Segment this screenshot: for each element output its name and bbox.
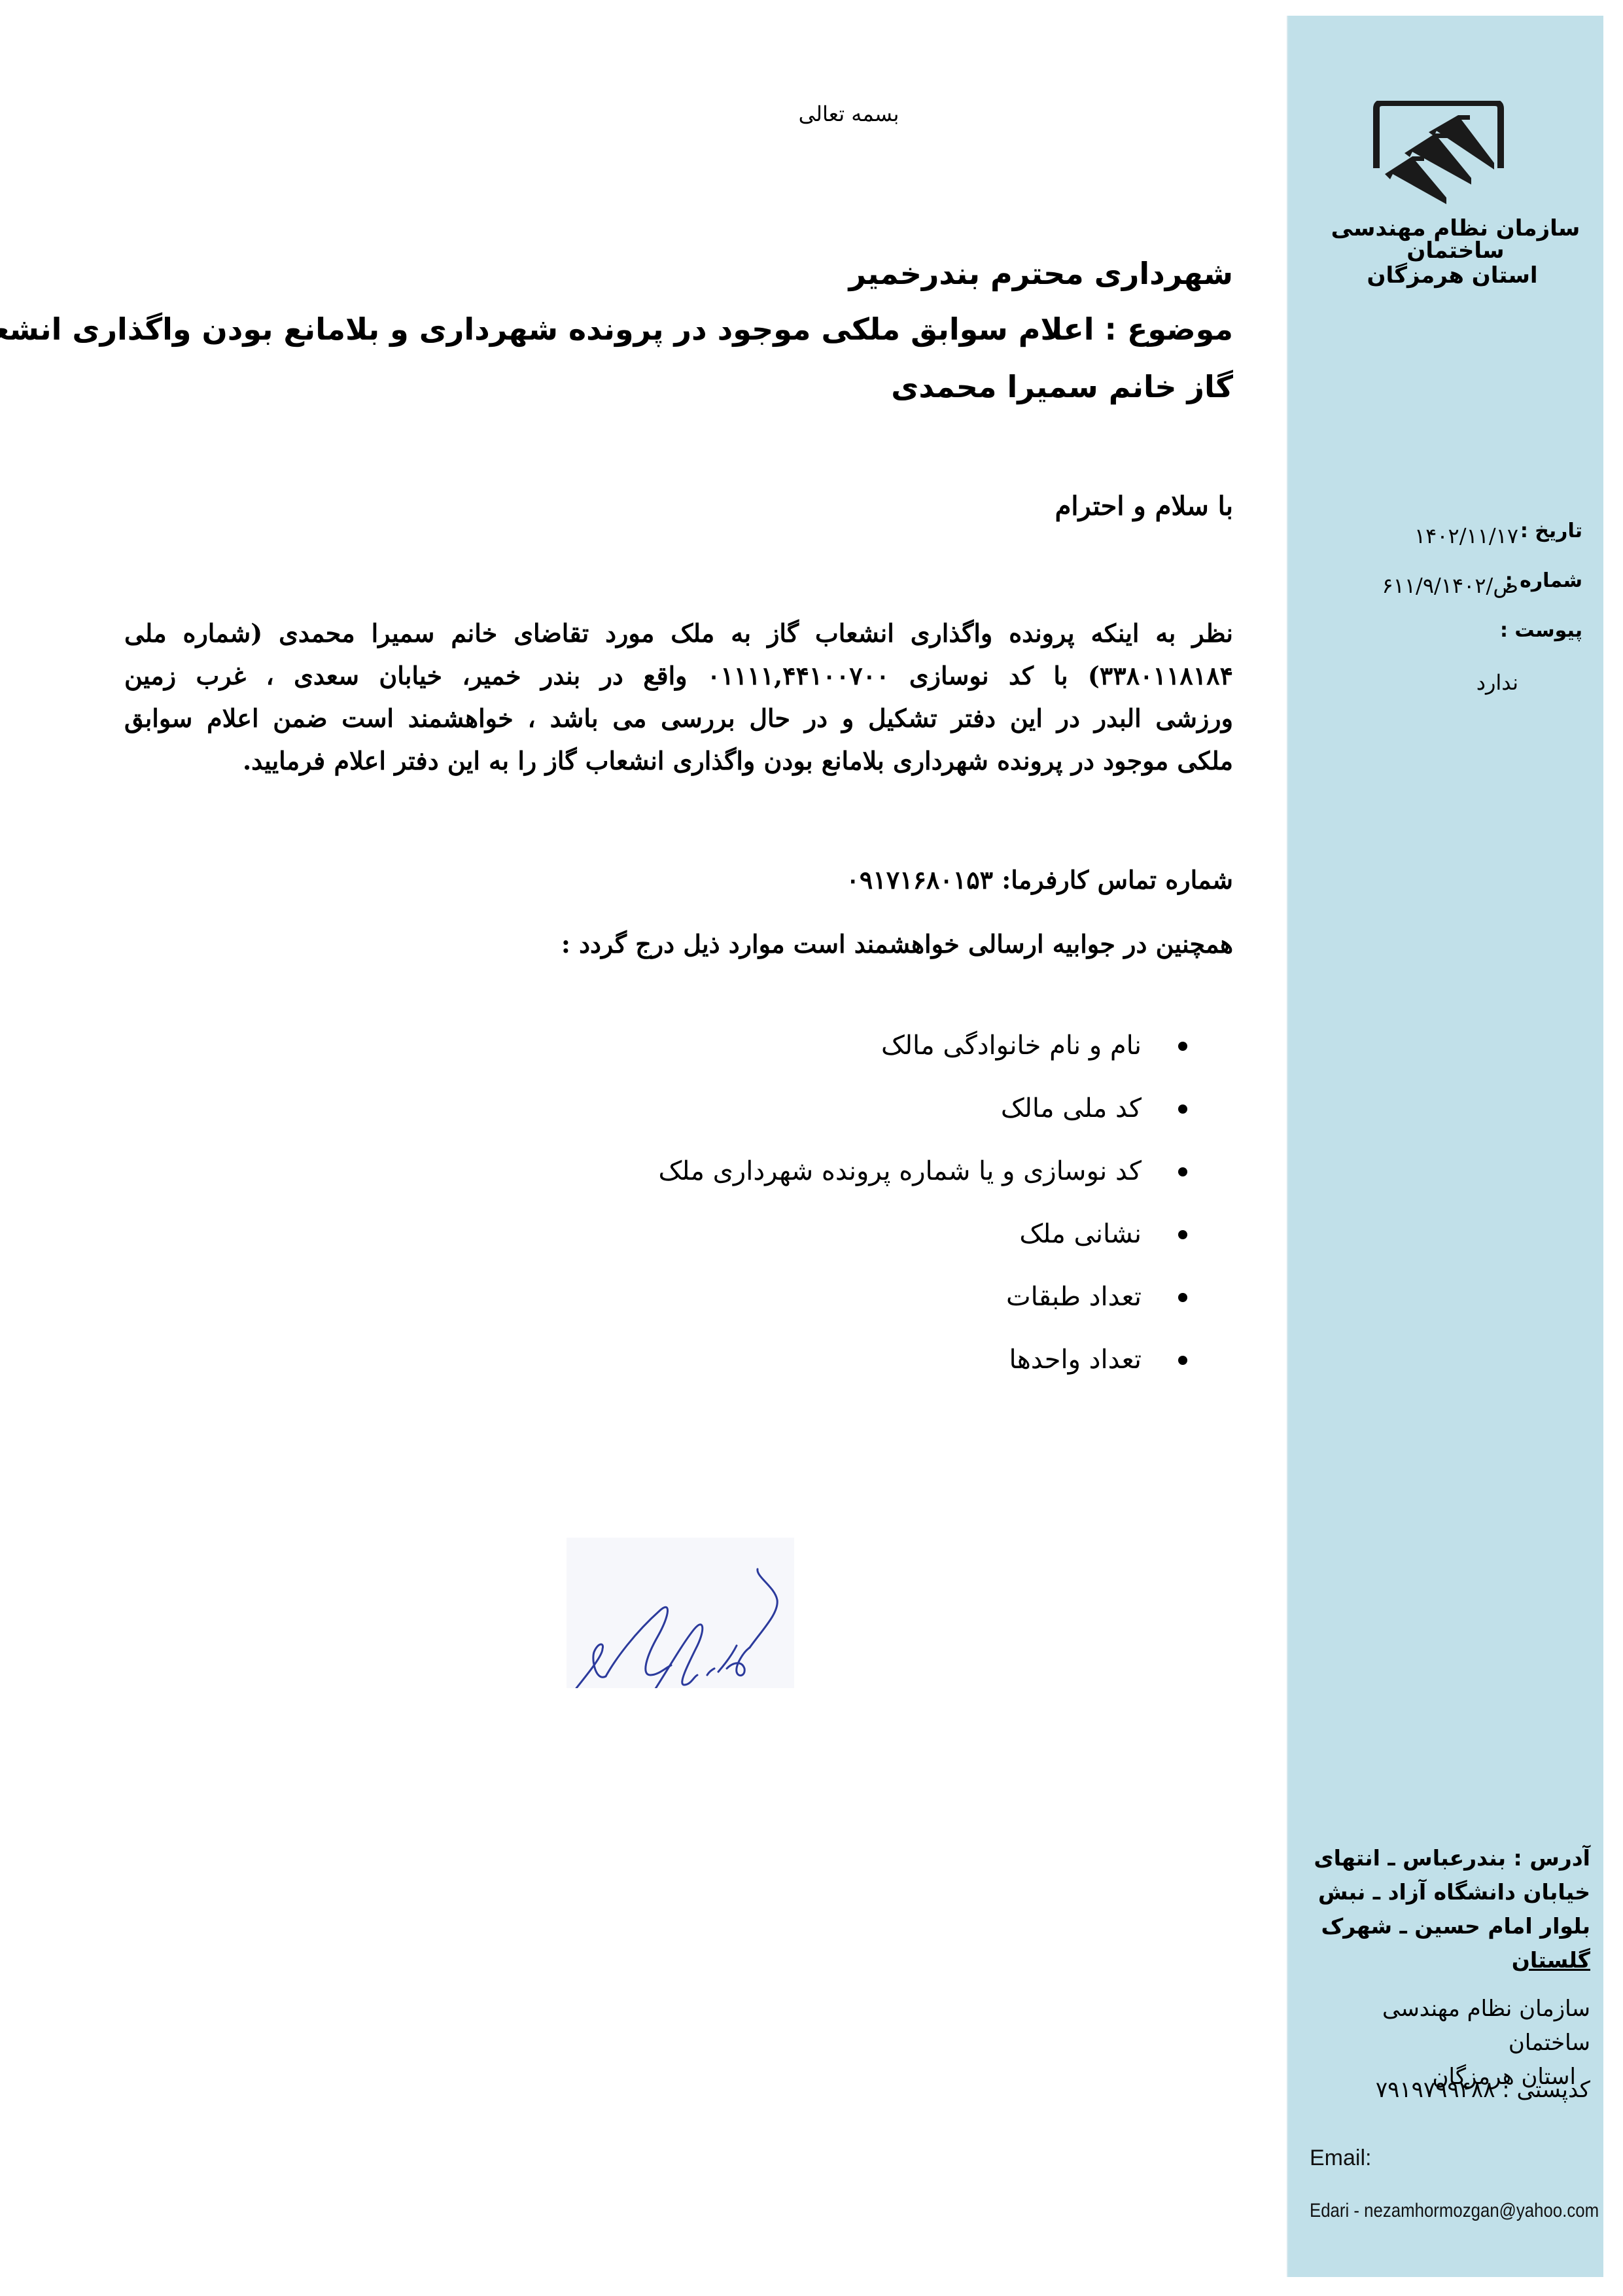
signature-image (567, 1538, 794, 1688)
list-item: تعداد واحدها (658, 1341, 1187, 1404)
body-line: نظر به اینکه پرونده واگذاری انشعاب گاز ب… (124, 612, 1233, 654)
subject-line-2: گاز خانم سمیرا محمدی (891, 372, 1233, 402)
bullet-icon (1178, 1230, 1187, 1239)
address-block: آدرس : بندرعباس ـ انتهای خیابان دانشگاه … (1302, 1841, 1590, 1977)
list-item: تعداد طبقات (658, 1279, 1187, 1341)
email-label: Email: (1310, 2146, 1371, 2171)
organization-sidebar: سازمان نظام مهندسی ساختمان استان هرمزگان… (1287, 16, 1603, 2277)
address-line: گلستان (1302, 1943, 1590, 1977)
list-item: نام و نام خانوادگی مالک (658, 1027, 1187, 1090)
building-engineering-logo-icon (1373, 101, 1504, 219)
date-label: تاریخ : (1520, 520, 1582, 542)
bullet-icon (1178, 1356, 1187, 1365)
bullet-icon (1178, 1042, 1187, 1051)
organization-province: استان هرمزگان (1288, 264, 1603, 287)
address-line: خیابان دانشگاه آزاد ـ نبش (1302, 1875, 1590, 1909)
postal-code: کدپستی : ۷۹۱۹۷۹۹۴۸۸ (1376, 2077, 1590, 2103)
signature-icon (567, 1538, 794, 1688)
body-paragraph: نظر به اینکه پرونده واگذاری انشعاب گاز ب… (124, 612, 1233, 782)
address-line: بلوار امام حسین ـ شهرک (1302, 1909, 1590, 1943)
body-line: ملکی موجود در پرونده شهرداری بلامانع بود… (124, 739, 1233, 782)
recipient-heading: شهرداری محترم بندرخمیر (849, 258, 1234, 289)
email-address[interactable]: Edari - nezamhormozgan@yahoo.com (1310, 2200, 1599, 2222)
attachment-label: پیوست : (1500, 619, 1582, 642)
body-line: ورزشی البدر در این دفتر تشکیل و در حال ب… (124, 697, 1233, 739)
organization-name: سازمان نظام مهندسی ساختمان (1288, 217, 1603, 262)
subject-line-1: موضوع : اعلام سوابق ملکی موجود در پرونده… (0, 314, 1233, 344)
address-org-name: سازمان نظام مهندسی ساختمان (1382, 1996, 1590, 2056)
letter-number-value: ص/۶۱۱/۹/۱۴۰۲ (1382, 573, 1518, 598)
body-line: ۳۳۸۰۱۱۸۱۸۴) با کد نوسازی ۰۱۱۱۱,۴۴۱۰۰۷۰۰ … (124, 654, 1233, 697)
bullet-icon (1178, 1104, 1187, 1114)
employer-contact-number: شماره تماس کارفرما: ۰۹۱۷۱۶۸۰۱۵۳ (846, 865, 1233, 894)
list-item: کد نوسازی و یا شماره پرونده شهرداری ملک (658, 1153, 1187, 1216)
bullet-icon (1178, 1167, 1187, 1176)
request-intro: همچنین در جوابیه ارسالی خواهشمند است موا… (561, 929, 1233, 959)
postal-code-value: ۷۹۱۹۷۹۹۴۸۸ (1376, 2077, 1495, 2103)
bullet-icon (1178, 1293, 1187, 1302)
required-items-list: نام و نام خانوادگی مالک کد ملی مالک کد ن… (658, 1027, 1187, 1404)
invocation-text: بسمه تعالی (124, 101, 1233, 126)
list-item: نشانی ملک (658, 1216, 1187, 1279)
date-value: ۱۴۰۲/۱۱/۱۷ (1414, 523, 1518, 548)
list-item: کد ملی مالک (658, 1090, 1187, 1153)
greeting: با سلام و احترام (1055, 491, 1233, 521)
address-line: آدرس : بندرعباس ـ انتهای (1302, 1841, 1590, 1875)
postal-code-label: کدپستی : (1502, 2077, 1590, 2103)
attachment-value: ندارد (1476, 670, 1518, 695)
